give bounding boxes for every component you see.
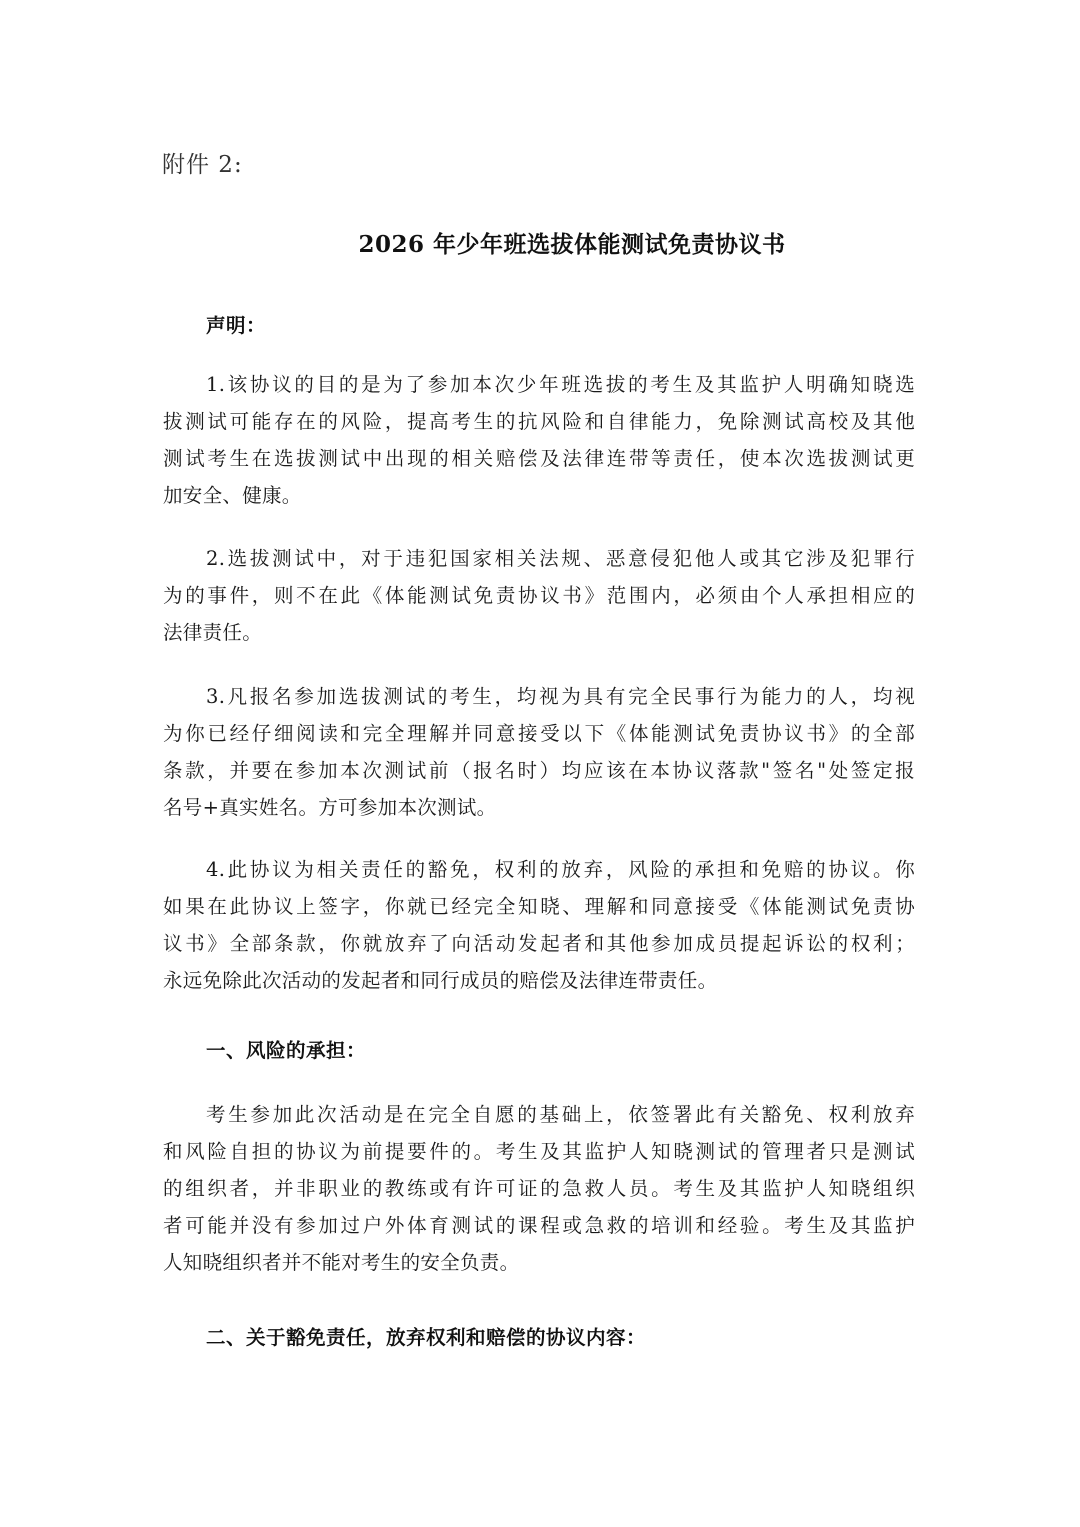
paragraph-line: 为的事件，则不在此《体能测试免责协议书》范围内，必须由个人承担相应的 xyxy=(163,577,915,614)
paragraph-line: 名号+真实姓名。方可参加本次测试。 xyxy=(163,789,915,826)
declaration-item-1: 1.该协议的目的是为了参加本次少年班选拔的考生及其监护人明确知晓选 拔测试可能存… xyxy=(163,366,915,514)
paragraph-line: 加安全、健康。 xyxy=(163,477,915,514)
paragraph-line: 拔测试可能存在的风险，提高考生的抗风险和自律能力，免除测试高校及其他 xyxy=(163,403,915,440)
paragraph-line: 的组织者，并非职业的教练或有许可证的急救人员。考生及其监护人知晓组织 xyxy=(163,1170,915,1207)
paragraph-line: 和风险自担的协议为前提要件的。考生及其监护人知晓测试的管理者只是测试 xyxy=(163,1133,915,1170)
paragraph-line: 永远免除此次活动的发起者和同行成员的赔偿及法律连带责任。 xyxy=(163,962,915,999)
paragraph-line: 2.选拔测试中，对于违犯国家相关法规、恶意侵犯他人或其它涉及犯罪行 xyxy=(163,540,915,577)
declaration-heading: 声明： xyxy=(206,310,266,338)
paragraph-line: 4.此协议为相关责任的豁免，权利的放弃，风险的承担和免赔的协议。你 xyxy=(163,851,915,888)
paragraph-line: 者可能并没有参加过户外体育测试的课程或急救的培训和经验。考生及其监护 xyxy=(163,1207,915,1244)
paragraph-line: 3.凡报名参加选拔测试的考生，均视为具有完全民事行为能力的人，均视 xyxy=(163,678,915,715)
paragraph-line: 测试考生在选拔测试中出现的相关赔偿及法律连带等责任，使本次选拔测试更 xyxy=(163,440,915,477)
paragraph-line: 为你已经仔细阅读和完全理解并同意接受以下《体能测试免责协议书》的全部 xyxy=(163,715,915,752)
paragraph-line: 条款，并要在参加本次测试前（报名时）均应该在本协议落款"签名"处签定报 xyxy=(163,752,915,789)
section-heading-waiver: 二、关于豁免责任，放弃权利和赔偿的协议内容： xyxy=(206,1322,646,1350)
paragraph-line: 议书》全部条款，你就放弃了向活动发起者和其他参加成员提起诉讼的权利； xyxy=(163,925,915,962)
document-page: 附件 2: 2026 年少年班选拔体能测试免责协议书 声明： 1.该协议的目的是… xyxy=(0,0,1080,1527)
paragraph-line: 人知晓组织者并不能对考生的安全负责。 xyxy=(163,1244,915,1281)
declaration-item-2: 2.选拔测试中，对于违犯国家相关法规、恶意侵犯他人或其它涉及犯罪行 为的事件，则… xyxy=(163,540,915,651)
section-heading-risk: 一、风险的承担： xyxy=(206,1035,366,1063)
declaration-item-3: 3.凡报名参加选拔测试的考生，均视为具有完全民事行为能力的人，均视 为你已经仔细… xyxy=(163,678,915,826)
document-title: 2026 年少年班选拔体能测试免责协议书 xyxy=(0,226,1080,259)
attachment-label: 附件 2: xyxy=(162,146,243,179)
section-paragraph-risk: 考生参加此次活动是在完全自愿的基础上，依签署此有关豁免、权利放弃 和风险自担的协… xyxy=(163,1096,915,1281)
paragraph-line: 如果在此协议上签字，你就已经完全知晓、理解和同意接受《体能测试免责协 xyxy=(163,888,915,925)
paragraph-line: 法律责任。 xyxy=(163,614,915,651)
paragraph-line: 1.该协议的目的是为了参加本次少年班选拔的考生及其监护人明确知晓选 xyxy=(163,366,915,403)
declaration-item-4: 4.此协议为相关责任的豁免，权利的放弃，风险的承担和免赔的协议。你 如果在此协议… xyxy=(163,851,915,999)
paragraph-line: 考生参加此次活动是在完全自愿的基础上，依签署此有关豁免、权利放弃 xyxy=(163,1096,915,1133)
